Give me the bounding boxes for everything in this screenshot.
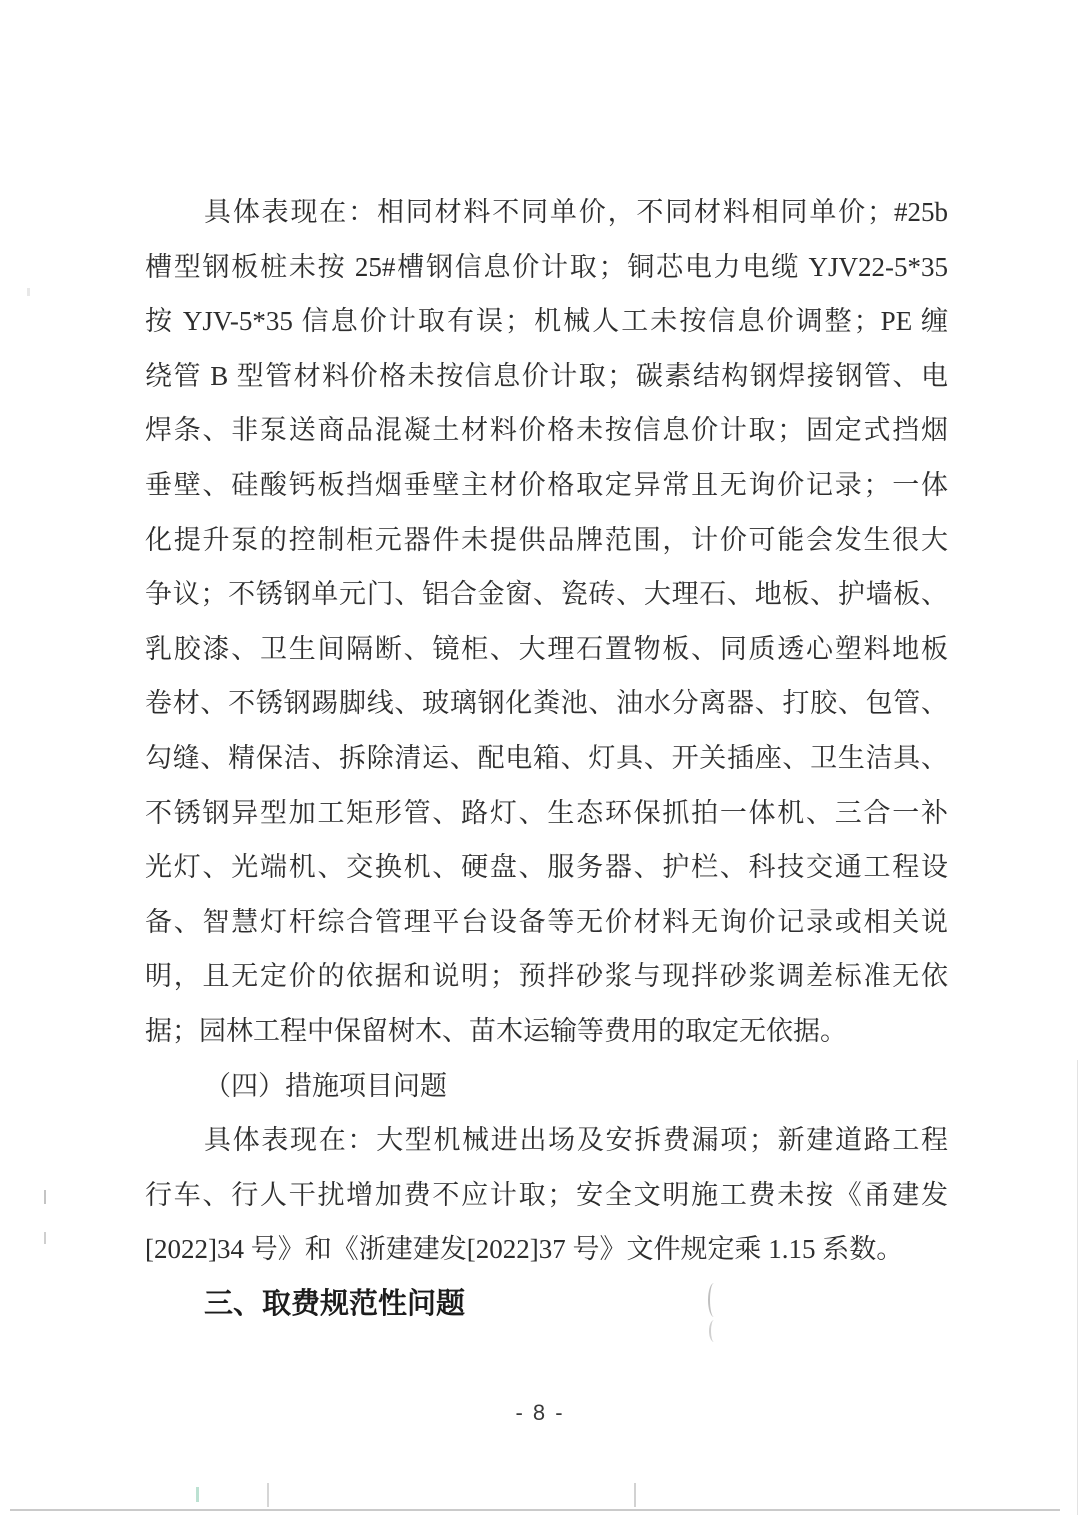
scan-artifact-bottom-line [10, 1509, 1060, 1511]
text-line: 化提升泵的控制柜元器件未提供品牌范围，计价可能会发生很大 [145, 513, 948, 568]
scan-artifact-speck [44, 1232, 46, 1244]
scan-artifact-right-edge-line [1077, 1060, 1078, 1515]
section-heading: 三、取费规范性问题 [145, 1277, 948, 1332]
text-line: 不锈钢异型加工矩形管、路灯、生态环保抓拍一体机、三合一补 [145, 786, 948, 841]
text-line: 垂壁、硅酸钙板挡烟垂壁主材价格取定异常且无询价记录；一体 [145, 458, 948, 513]
text-line: 行车、行人干扰增加费不应计取；安全文明施工费未按《甬建发 [145, 1168, 948, 1223]
text-line: 明，且无定价的依据和说明；预拌砂浆与现拌砂浆调差标准无依 [145, 949, 948, 1004]
text-line: 按 YJV-5*35 信息价计取有误；机械人工未按信息价调整；PE 缠 [145, 294, 948, 349]
scan-artifact-tick [267, 1483, 269, 1507]
text-line: 勾缝、精保洁、拆除清运、配电箱、灯具、开关插座、卫生洁具、 [145, 731, 948, 786]
page-number: - 8 - [0, 1400, 1080, 1426]
text-line: （四）措施项目问题 [145, 1059, 948, 1114]
text-line: 争议；不锈钢单元门、铝合金窗、瓷砖、大理石、地板、护墙板、 [145, 567, 948, 622]
text-line: 具体表现在：大型机械进出场及安拆费漏项；新建道路工程 [145, 1113, 948, 1168]
scan-artifact-speck [27, 288, 30, 296]
text-line: 绕管 B 型管材料价格未按信息价计取；碳素结构钢焊接钢管、电 [145, 349, 948, 404]
text-line: 卷材、不锈钢踢脚线、玻璃钢化粪池、油水分离器、打胶、包管、 [145, 676, 948, 731]
document-body: 具体表现在：相同材料不同单价，不同材料相同单价；#25b槽型钢板桩未按 25#槽… [145, 185, 948, 1331]
scanned-document-page: 具体表现在：相同材料不同单价，不同材料相同单价；#25b槽型钢板桩未按 25#槽… [0, 0, 1080, 1528]
text-line: 具体表现在：相同材料不同单价，不同材料相同单价；#25b [145, 185, 948, 240]
text-line: 乳胶漆、卫生间隔断、镜柜、大理石置物板、同质透心塑料地板 [145, 622, 948, 677]
text-line: [2022]34 号》和《浙建建发[2022]37 号》文件规定乘 1.15 系… [145, 1222, 948, 1277]
text-line: 光灯、光端机、交换机、硬盘、服务器、护栏、科技交通工程设 [145, 840, 948, 895]
scan-artifact-green-tick [196, 1487, 199, 1502]
text-line: 焊条、非泵送商品混凝土材料价格未按信息价计取；固定式挡烟 [145, 403, 948, 458]
scan-artifact-tick [634, 1483, 636, 1507]
text-line: 备、智慧灯杆综合管理平台设备等无价材料无询价记录或相关说 [145, 895, 948, 950]
text-line: 槽型钢板桩未按 25#槽钢信息价计取；铜芯电力电缆 YJV22-5*35 [145, 240, 948, 295]
text-line: 据；园林工程中保留树木、苗木运输等费用的取定无依据。 [145, 1004, 948, 1059]
scan-artifact-speck [44, 1190, 46, 1204]
